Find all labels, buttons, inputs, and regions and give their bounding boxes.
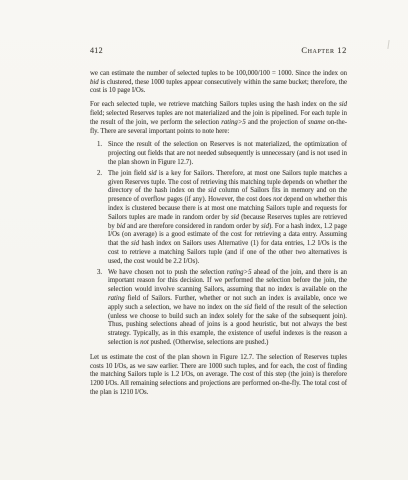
- list-item-number: 2.: [97, 170, 108, 267]
- list-item: 3. We have chosen not to push the select…: [90, 269, 347, 348]
- page-header: 412 Chapter 12: [90, 46, 347, 56]
- paragraph-plan-description: For each selected tuple, we retrieve mat…: [90, 101, 347, 136]
- paragraph-selection-estimate: we can estimate the number of selected t…: [90, 70, 347, 96]
- chapter-heading: Chapter 12: [301, 46, 347, 55]
- list-item: 1. Since the result of the selection on …: [90, 141, 347, 167]
- scan-artifact: [387, 40, 389, 49]
- list-item-text: Since the result of the selection on Res…: [108, 141, 347, 167]
- list-item: 2. The join field sid is a key for Sailo…: [90, 170, 347, 267]
- list-item-text: We have chosen not to push the selection…: [108, 269, 347, 348]
- page-number: 412: [90, 47, 103, 56]
- list-item-text: The join field sid is a key for Sailors.…: [108, 170, 347, 267]
- list-item-number: 1.: [97, 141, 108, 167]
- list-item-number: 3.: [97, 269, 108, 348]
- page-content: 412 Chapter 12 we can estimate the numbe…: [90, 46, 347, 403]
- points-list: 1. Since the result of the selection on …: [90, 141, 347, 347]
- paragraph-cost-estimate: Let us estimate the cost of the plan sho…: [90, 354, 347, 398]
- book-page: 412 Chapter 12 we can estimate the numbe…: [0, 0, 408, 480]
